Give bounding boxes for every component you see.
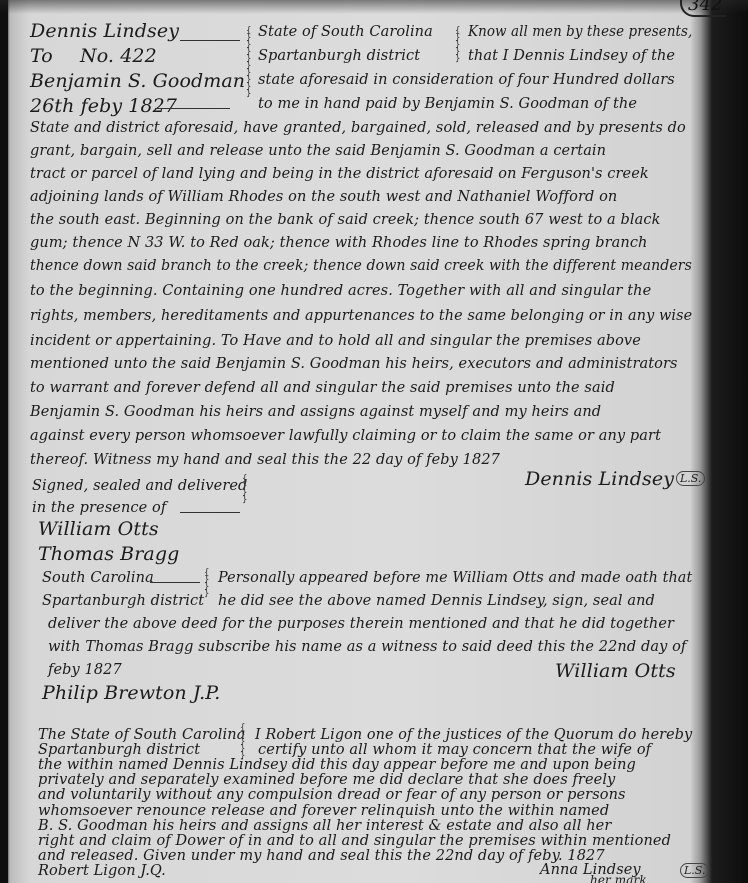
divider-rule <box>180 512 240 513</box>
dower-line: and released. Given under my hand and se… <box>38 848 605 864</box>
dower-line: B. S. Goodman his heirs and assigns all … <box>38 818 611 834</box>
bracket-ornament: { } } } <box>242 476 250 504</box>
deed-line: gum; thence N 33 W. to Red oak; thence w… <box>30 235 647 251</box>
seal-mark: L.S. <box>680 863 709 878</box>
deed-line: against every person whomsoever lawfully… <box>30 428 661 444</box>
justice-of-peace-signature: Philip Brewton J.P. <box>42 682 220 704</box>
deed-line: mentioned unto the said Benjamin S. Good… <box>30 356 678 372</box>
witness-name: William Otts <box>38 518 159 540</box>
dower-line: certify unto all whom it may concern tha… <box>258 742 651 758</box>
probate-line: Personally appeared before me William Ot… <box>218 570 692 586</box>
deed-line: thereof. Witness my hand and seal this t… <box>30 452 500 468</box>
grantee-name: Benjamin S. Goodman <box>30 70 245 92</box>
grantor-signature: Dennis Lindsey <box>525 468 674 490</box>
deed-line: State and district aforesaid, have grant… <box>30 120 686 136</box>
dower-line: the within named Dennis Lindsey did this… <box>38 757 636 773</box>
page-number: 342 <box>680 0 726 17</box>
probate-venue-state: South Carolina <box>42 570 154 586</box>
divider-rule <box>155 108 230 109</box>
dower-line: whomsoever renounce release and forever … <box>38 803 609 819</box>
deed-date: 26th feby 1827 <box>30 95 177 117</box>
justice-of-quorum-signature: Robert Ligon J.Q. <box>38 863 166 879</box>
deed-line: to warrant and forever defend all and si… <box>30 380 615 396</box>
dower-venue-state: The State of South Carolina <box>38 727 245 743</box>
venue-state: State of South Carolina <box>258 24 433 40</box>
probate-line: feby 1827 <box>48 662 122 678</box>
deed-line: thence down said branch to the creek; th… <box>30 258 692 274</box>
dower-line: right and claim of Dower of in and to al… <box>38 833 671 849</box>
venue-district: Spartanburgh district <box>258 48 420 64</box>
probate-venue-district: Spartanburgh district <box>42 593 204 609</box>
wife-mark-label: her mark <box>590 873 647 883</box>
page-binding-edge <box>0 0 8 883</box>
to-label: To <box>30 45 53 67</box>
seal-mark: L.S. <box>676 471 705 486</box>
bracket-ornament: { } } } } <box>240 725 248 760</box>
divider-rule <box>180 40 240 41</box>
dower-venue-district: Spartanburgh district <box>38 742 200 758</box>
witness-intro: Signed, sealed and delivered <box>32 478 247 494</box>
grantor-name: Dennis Lindsey <box>30 20 179 42</box>
witness-intro: in the presence of <box>32 500 166 516</box>
page-top-shadow <box>0 0 748 14</box>
deed-line: tract or parcel of land lying and being … <box>30 166 649 182</box>
deed-number: No. 422 <box>80 45 157 67</box>
dower-line: I Robert Ligon one of the justices of th… <box>255 727 692 743</box>
witness-oath-signature: William Otts <box>555 660 676 682</box>
deed-line: grant, bargain, sell and release unto th… <box>30 143 606 159</box>
deed-line: Know all men by these presents, <box>468 24 692 40</box>
dower-line: and voluntarily without any compulsion d… <box>38 787 626 803</box>
deed-line: incident or appertaining. To Have and to… <box>30 333 641 349</box>
deed-line: rights, members, hereditaments and appur… <box>30 308 692 324</box>
deed-line: Benjamin S. Goodman his heirs and assign… <box>30 404 601 420</box>
deed-line: state aforesaid in consideration of four… <box>258 72 675 88</box>
dower-line: privately and separately examined before… <box>38 772 615 788</box>
deed-line: adjoining lands of William Rhodes on the… <box>30 189 617 205</box>
bracket-ornament: { } } } <box>204 570 212 598</box>
deed-line: the south east. Beginning on the bank of… <box>30 212 660 228</box>
divider-rule <box>150 582 200 583</box>
probate-line: deliver the above deed for the purposes … <box>48 616 674 632</box>
deed-line: that I Dennis Lindsey of the <box>468 48 675 64</box>
ledger-page: 342 Dennis Lindsey To No. 422 Benjamin S… <box>0 0 748 883</box>
deed-line: to me in hand paid by Benjamin S. Goodma… <box>258 96 637 112</box>
probate-line: with Thomas Bragg subscribe his name as … <box>48 639 686 655</box>
deed-line: to the beginning. Containing one hundred… <box>30 283 651 299</box>
bracket-ornament: { } } } } <box>455 28 463 63</box>
bracket-ornament: { } } } } } } } } } <box>246 28 254 98</box>
probate-line: he did see the above named Dennis Lindse… <box>218 593 655 609</box>
witness-name: Thomas Bragg <box>38 543 179 565</box>
